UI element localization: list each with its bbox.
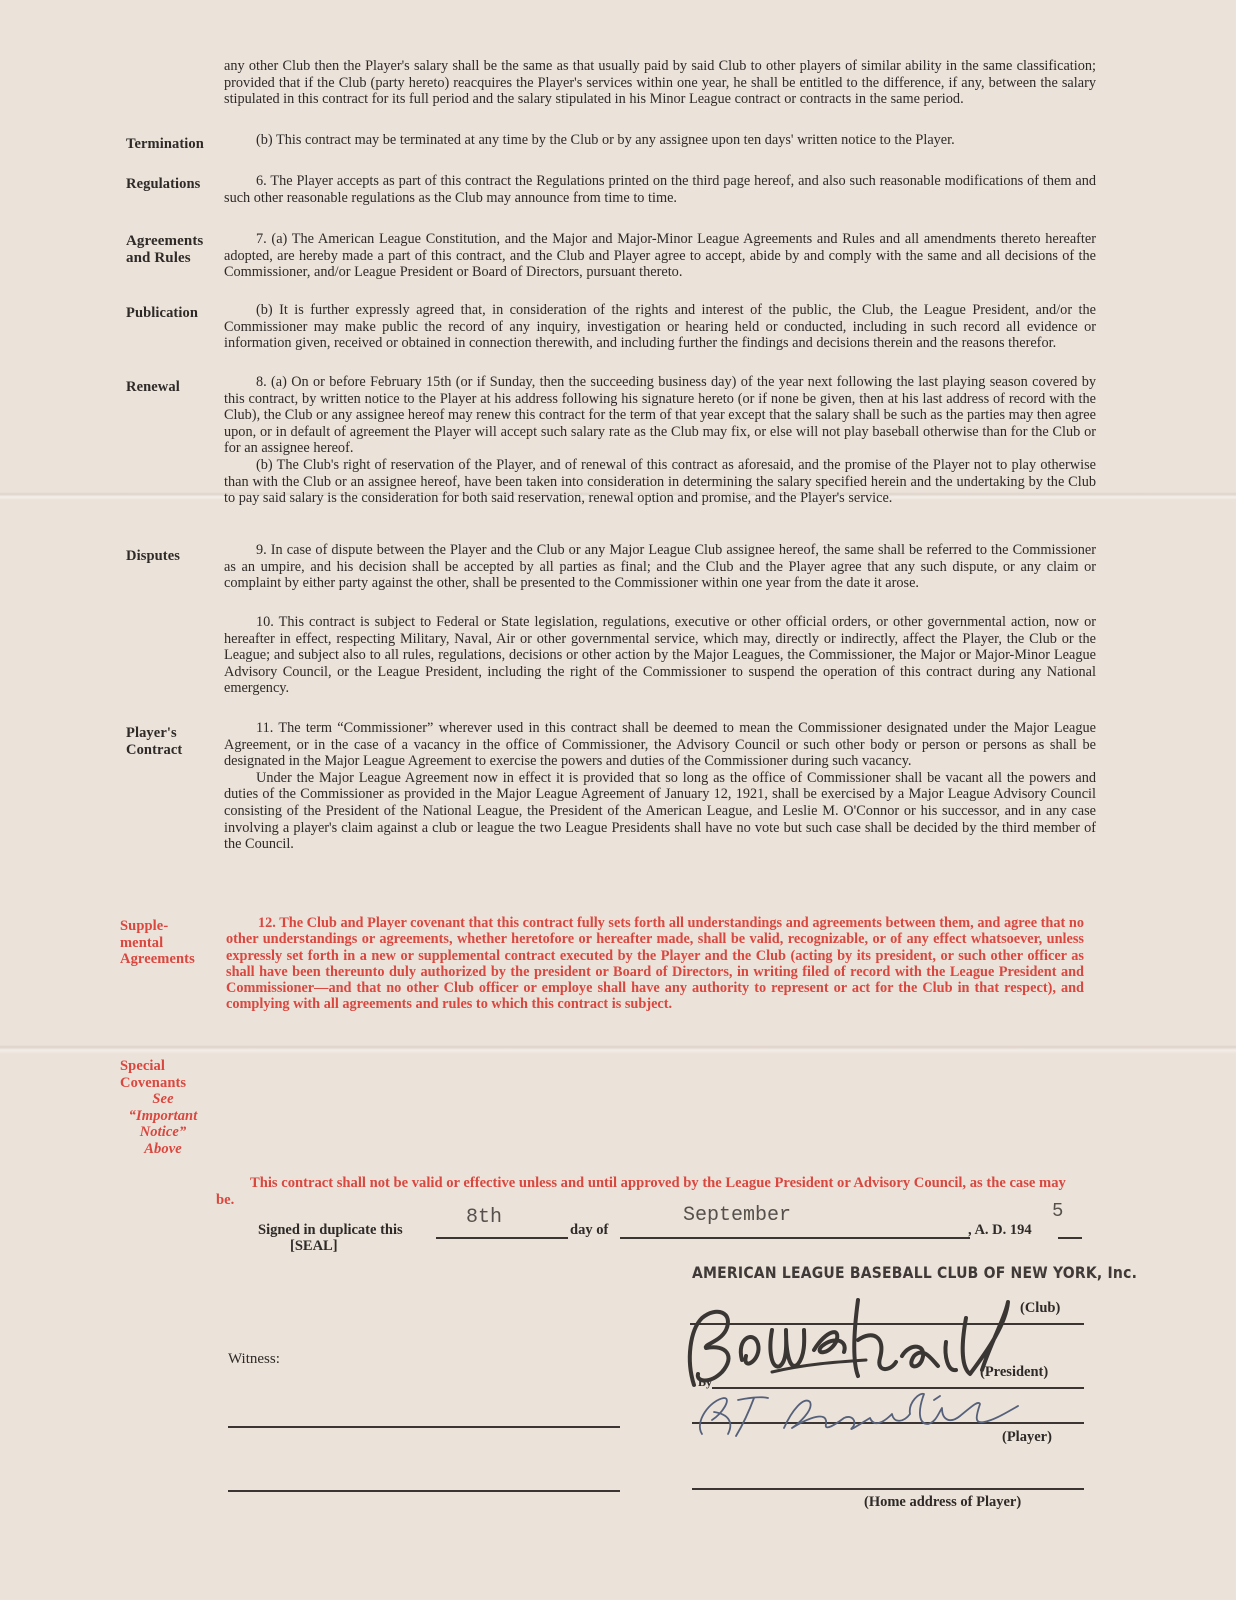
day-line (436, 1237, 568, 1239)
label-line: mental (120, 935, 216, 952)
section-label-renewal: Renewal (126, 379, 222, 396)
note-line: Above (120, 1141, 206, 1158)
paragraph: 10. This contract is subject to Federal … (224, 614, 1096, 697)
section-label-agreements-rules: Agreements and Rules (126, 233, 222, 266)
label-line: Supple- (120, 918, 216, 935)
day-of-label: day of (570, 1222, 608, 1239)
day-value[interactable]: 8th (466, 1206, 502, 1229)
paragraph: Under the Major League Agreement now in … (224, 770, 1096, 853)
paragraph: (b) The Club's right of reservation of t… (224, 457, 1096, 507)
section-label-supplemental-agreements: Supple- mental Agreements (120, 918, 216, 968)
section-label-players-contract: Player's Contract (126, 725, 222, 758)
paragraph: 11. The term “Commissioner” wherever use… (224, 720, 1096, 770)
paragraph: 7. (a) The American League Constitution,… (224, 231, 1096, 281)
section-agreements-rules: 7. (a) The American League Constitution,… (224, 231, 1096, 281)
year-line (1058, 1237, 1082, 1239)
anno-domini-label: , A. D. 194 (968, 1222, 1032, 1239)
label-line: and Rules (126, 250, 222, 267)
section-label-termination: Termination (126, 136, 222, 153)
paragraph: 8. (a) On or before February 15th (or if… (224, 374, 1096, 457)
section-label-special-covenants: Special Covenants See “Important Notice”… (120, 1058, 210, 1157)
section-players-contract: 11. The term “Commissioner” wherever use… (224, 720, 1096, 853)
note-line: See (120, 1091, 206, 1108)
label-line: Agreements (120, 951, 216, 968)
witness-label: Witness: (228, 1351, 280, 1368)
section-label-regulations: Regulations (126, 176, 222, 193)
month-value[interactable]: September (683, 1204, 791, 1227)
seal-label: [SEAL] (290, 1238, 338, 1255)
section-termination: (b) This contract may be terminated at a… (224, 132, 1096, 149)
paragraph: (b) This contract may be terminated at a… (224, 132, 1096, 149)
note-line: Notice” (120, 1124, 206, 1141)
important-notice-reference: See “Important Notice” Above (120, 1091, 206, 1157)
signed-in-duplicate-label: Signed in duplicate this (258, 1222, 403, 1239)
section-regulations: 6. The Player accepts as part of this co… (224, 173, 1096, 206)
label-line: Agreements (126, 233, 222, 250)
section-supplemental-agreements: 12. The Club and Player covenant that th… (226, 915, 1084, 1013)
label-line: Contract (126, 742, 222, 759)
player-signature-icon (688, 1384, 1048, 1440)
section-renewal: 8. (a) On or before February 15th (or if… (224, 374, 1096, 507)
section-legislation: 10. This contract is subject to Federal … (224, 614, 1096, 697)
witness-line-2[interactable] (228, 1490, 620, 1492)
section-continuation: any other Club then the Player's salary … (224, 58, 1096, 108)
paragraph: any other Club then the Player's salary … (224, 58, 1096, 108)
section-disputes: 9. In case of dispute between the Player… (224, 542, 1096, 592)
label-line: Covenants (120, 1075, 210, 1092)
club-stamp: AMERICAN LEAGUE BASEBALL CLUB OF NEW YOR… (692, 1264, 1137, 1282)
witness-line-1[interactable] (228, 1426, 620, 1428)
paragraph: 6. The Player accepts as part of this co… (224, 173, 1096, 206)
year-digit[interactable]: 5 (1052, 1200, 1063, 1222)
paragraph: (b) It is further expressly agreed that,… (224, 302, 1096, 352)
paragraph: 12. The Club and Player covenant that th… (226, 915, 1084, 1013)
note-line: “Important (120, 1108, 206, 1125)
section-label-disputes: Disputes (126, 548, 222, 565)
label-line: Special (120, 1058, 210, 1075)
special-covenants-field[interactable] (226, 1060, 1086, 1160)
section-publication: (b) It is further expressly agreed that,… (224, 302, 1096, 352)
month-line (620, 1237, 970, 1239)
label-line: Player's (126, 725, 222, 742)
paragraph: 9. In case of dispute between the Player… (224, 542, 1096, 592)
home-address-caption: (Home address of Player) (864, 1494, 1021, 1511)
section-label-publication: Publication (126, 305, 222, 322)
approval-notice: This contract shall not be valid or effe… (216, 1175, 1086, 1208)
home-address-line[interactable] (692, 1488, 1084, 1490)
